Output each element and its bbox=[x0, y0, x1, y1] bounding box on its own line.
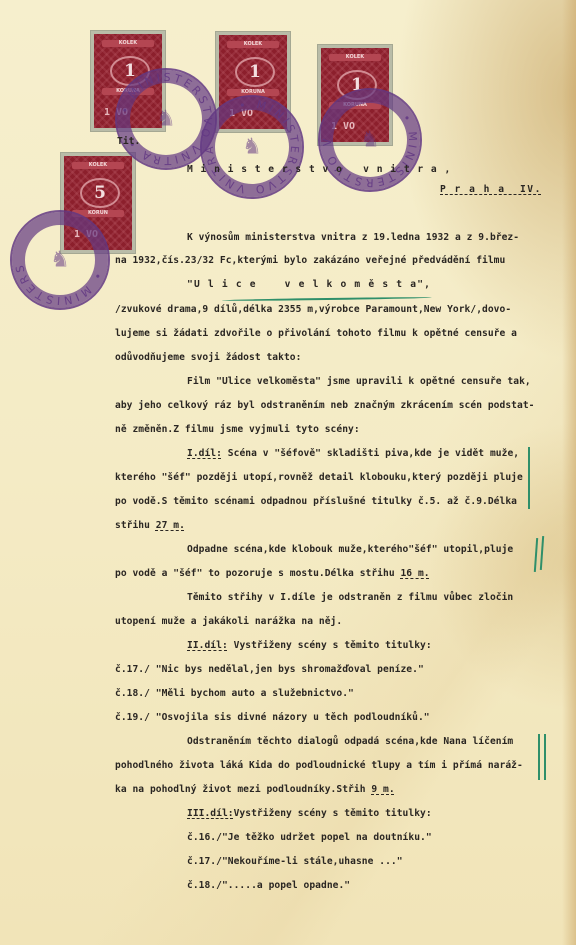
cut-length-label: po vodě a "šéf" to pozoruje s mostu.Délk… bbox=[115, 568, 400, 579]
pencil-margin-mark bbox=[538, 734, 540, 780]
paper-edge-stain bbox=[562, 0, 576, 945]
paragraph-1-line-1: K výnosům ministerstva vnitra z 19.ledna… bbox=[187, 232, 519, 244]
part-1-line-3: po vodě.S těmito scénami odpadnou příslu… bbox=[115, 496, 517, 508]
cut-length-value: 27 m. bbox=[156, 520, 185, 531]
paragraph-4-line-1: Těmito střihy v I.díle je odstraněn z fi… bbox=[187, 592, 513, 604]
paragraph-1-line-5: lujeme si žádati zdvořile o přivolání to… bbox=[115, 328, 517, 340]
cut-length-value: 9 m. bbox=[371, 784, 394, 795]
recipient: M i n i s t e r s t v o v n i t r a , bbox=[187, 164, 451, 176]
stamp-label: KOLEK bbox=[227, 41, 279, 48]
lion-emblem-icon: ♞ bbox=[360, 128, 380, 153]
part-3-title-16: č.16./"Je těžko udržet popel na doutníku… bbox=[187, 832, 432, 844]
part-1-line-1: I.díl: Scéna v "šéfově" skladišti piva,k… bbox=[187, 448, 519, 460]
paragraph-5-line-3: ka na pohodlný život mezi podloudníky.St… bbox=[115, 784, 395, 796]
paragraph-1-line-4: /zvukové drama,9 dílů,délka 2355 m,výrob… bbox=[115, 304, 511, 316]
cut-length-value: 16 m. bbox=[400, 568, 429, 579]
part-1-label: I.díl: bbox=[187, 448, 222, 459]
paragraph-2-line-2: aby jeho celkový ráz byl odstraněním neb… bbox=[115, 400, 534, 412]
pencil-margin-mark bbox=[528, 447, 530, 509]
paragraph-1-line-6: odůvodňujeme svoji žádost takto: bbox=[115, 352, 301, 364]
pencil-margin-mark bbox=[544, 734, 546, 780]
paragraph-2-line-3: ně změněn.Z filmu jsme vyjmuli tyto scén… bbox=[115, 424, 360, 436]
lion-emblem-icon: ♞ bbox=[50, 248, 70, 273]
part-1-text: Scéna v "šéfově" skladišti piva,kde je v… bbox=[222, 448, 519, 459]
part-3-label: III.díl: bbox=[187, 808, 234, 819]
paragraph-3-line-2: po vodě a "šéf" to pozoruje s mostu.Délk… bbox=[115, 568, 430, 580]
salutation: Tit. bbox=[117, 136, 140, 148]
part-3-title-17: č.17./"Nekouříme-li stále,uhasne ..." bbox=[187, 856, 403, 868]
lion-emblem-icon: ♞ bbox=[156, 107, 176, 132]
film-title: "U l i c e v e l k o m ě s t a", bbox=[187, 279, 431, 291]
part-1-line-2: kterého "šéf" později utopí,rovněž detai… bbox=[115, 472, 523, 484]
paragraph-2-line-1: Film "Ulice velkoměsta" jsme upravili k … bbox=[187, 376, 531, 388]
stamp-value: 5 bbox=[80, 178, 120, 208]
part-3-title-18: č.18./".....a popel opadne." bbox=[187, 880, 350, 892]
part-3-heading: III.díl:Vystřiženy scény s těmito titulk… bbox=[187, 808, 432, 820]
cut-length-label: ka na pohodlný život mezi podloudníky.St… bbox=[115, 784, 371, 795]
ministry-seal-2: • MINISTERSTVO VNITRA • ♞ bbox=[200, 95, 304, 199]
ministry-seal-4: • MINISTERSTVO VNITRA • ♞ bbox=[10, 210, 110, 310]
part-1-line-4: střihu 27 m. bbox=[115, 520, 185, 532]
ministry-seal-3: • MINISTERSTVO VNITRA • ♞ bbox=[318, 88, 422, 192]
part-2-heading: II.díl: Vystřiženy scény s těmito titulk… bbox=[187, 640, 432, 652]
stamp-value: 1 bbox=[235, 57, 275, 87]
part-3-intro: Vystřiženy scény s těmito titulky: bbox=[234, 808, 432, 819]
cut-length-label: střihu bbox=[115, 520, 156, 531]
stamp-label: KOLEK bbox=[329, 54, 381, 61]
part-2-title-17: č.17./ "Nic bys nedělal,jen bys shromažď… bbox=[115, 664, 424, 676]
paragraph-5-line-2: pohodlného života láká Kida do podloudni… bbox=[115, 760, 523, 772]
stamp-label: KOLEK bbox=[102, 40, 154, 47]
paragraph-5-line-1: Odstraněním těchto dialogů odpadá scéna,… bbox=[187, 736, 513, 748]
part-2-intro: Vystřiženy scény s těmito titulky: bbox=[228, 640, 432, 651]
part-2-label: II.díl: bbox=[187, 640, 228, 651]
paragraph-3-line-1: Odpadne scéna,kde klobouk muže,kterého"š… bbox=[187, 544, 513, 556]
paragraph-4-line-2: utopení muže a jakákoli narážka na něj. bbox=[115, 616, 342, 628]
part-2-title-18: č.18./ "Měli bychom auto a služebnictvo.… bbox=[115, 688, 354, 700]
paragraph-1-line-2: na 1932,čís.23/32 Fc,kterými bylo zakázá… bbox=[115, 255, 505, 267]
part-2-title-19: č.19./ "Osvojila sis divné názory u těch… bbox=[115, 712, 430, 724]
lion-emblem-icon: ♞ bbox=[242, 135, 262, 160]
city: P r a h a IV. bbox=[440, 184, 542, 196]
